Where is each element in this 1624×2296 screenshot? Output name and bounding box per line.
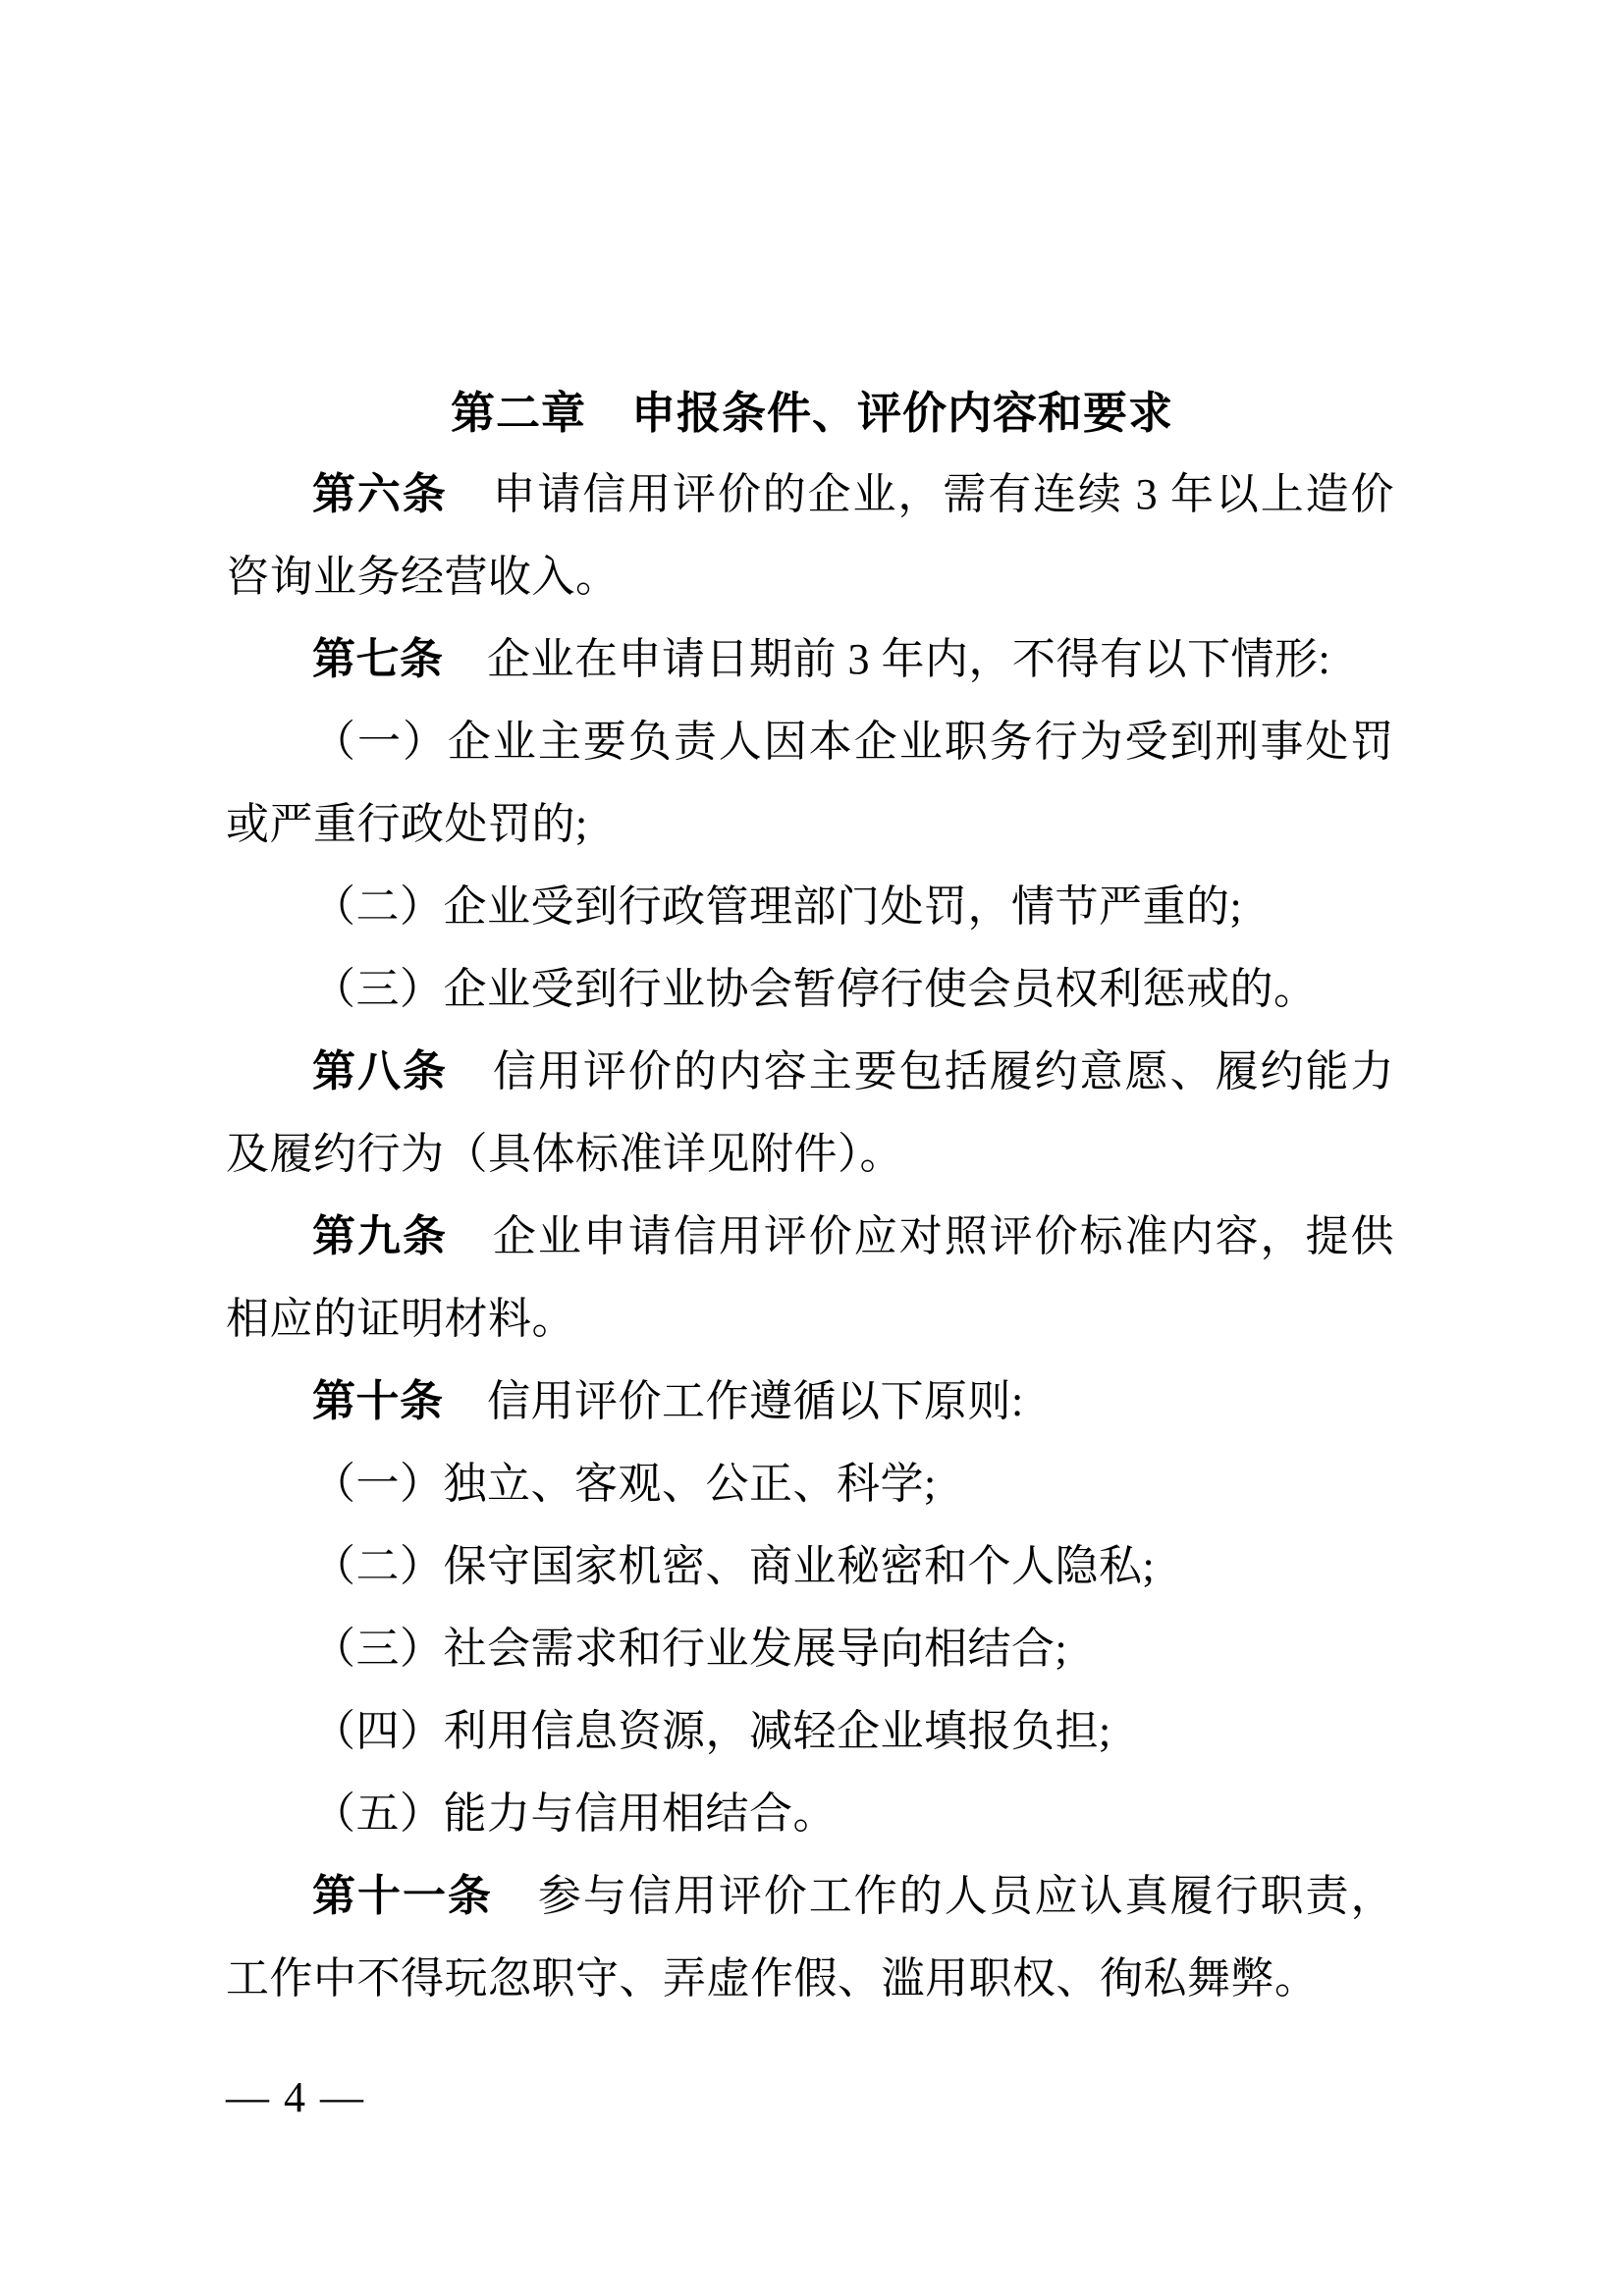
article-text: （二）企业受到行政管理部门处罚，情节严重的;	[312, 882, 1242, 931]
article-label: 第七条	[312, 635, 444, 683]
article-label: 第八条	[312, 1047, 448, 1095]
article-text: 企业在申请日期前 3 年内，不得有以下情形:	[444, 635, 1331, 683]
text-line: （一）企业主要负责人因本企业职务行为受到刑事处罚	[226, 701, 1394, 783]
text-line: 第十一条 参与信用评价工作的人员应认真履行职责，	[226, 1855, 1394, 1938]
article-text: （三）社会需求和行业发展导向相结合;	[312, 1625, 1067, 1673]
text-line: （四）利用信息资源，减轻企业填报负担;	[226, 1690, 1394, 1773]
paragraph-article-7: 第七条 企业在申请日期前 3 年内，不得有以下情形:	[226, 618, 1394, 701]
article-text: 申请信用评价的企业，需有连续 3 年以上造价	[448, 470, 1394, 518]
article-text: 工作中不得玩忽职守、弄虚作假、滥用职权、徇私舞弊。	[226, 1954, 1319, 2002]
text-line: （五）能力与信用相结合。	[226, 1773, 1394, 1855]
text-line: （三）社会需求和行业发展导向相结合;	[226, 1608, 1394, 1690]
text-line: 咨询业务经营收入。	[226, 536, 1394, 618]
text-line: 第六条 申请信用评价的企业，需有连续 3 年以上造价	[226, 454, 1394, 536]
text-line: 第十条 信用评价工作遵循以下原则:	[226, 1361, 1394, 1443]
article-text: （一）独立、客观、公正、科学;	[312, 1460, 937, 1508]
paragraph-article-7-item-1: （一）企业主要负责人因本企业职务行为受到刑事处罚或严重行政处罚的;	[226, 701, 1394, 866]
text-line: （二）企业受到行政管理部门处罚，情节严重的;	[226, 866, 1394, 948]
chapter-title: 第二章 申报条件、评价内容和要求	[0, 384, 1624, 443]
article-text: （四）利用信息资源，减轻企业填报负担;	[312, 1707, 1111, 1755]
article-label: 第九条	[312, 1212, 448, 1260]
paragraph-article-10: 第十条 信用评价工作遵循以下原则:	[226, 1361, 1394, 1443]
text-line: （一）独立、客观、公正、科学;	[226, 1443, 1394, 1525]
document-page: 第二章 申报条件、评价内容和要求 第六条 申请信用评价的企业，需有连续 3 年以…	[0, 0, 1624, 2296]
paragraph-article-8: 第八条 信用评价的内容主要包括履约意愿、履约能力及履约行为（具体标准详见附件）。	[226, 1031, 1394, 1196]
article-text: 或严重行政处罚的;	[226, 800, 588, 848]
text-line: 相应的证明材料。	[226, 1278, 1394, 1361]
article-text: 信用评价工作遵循以下原则:	[444, 1377, 1024, 1425]
article-text: 信用评价的内容主要包括履约意愿、履约能力	[448, 1047, 1394, 1095]
document-body: 第六条 申请信用评价的企业，需有连续 3 年以上造价咨询业务经营收入。第七条 企…	[226, 454, 1394, 2020]
article-text: 参与信用评价工作的人员应认真履行职责，	[493, 1872, 1394, 1920]
article-label: 第十一条	[312, 1872, 493, 1920]
paragraph-article-6: 第六条 申请信用评价的企业，需有连续 3 年以上造价咨询业务经营收入。	[226, 454, 1394, 618]
article-text: 及履约行为（具体标准详见附件）。	[226, 1130, 903, 1178]
text-line: 及履约行为（具体标准详见附件）。	[226, 1113, 1394, 1196]
paragraph-article-10-item-4: （四）利用信息资源，减轻企业填报负担;	[226, 1690, 1394, 1773]
text-line: 第九条 企业申请信用评价应对照评价标准内容，提供	[226, 1196, 1394, 1278]
paragraph-article-7-item-3: （三）企业受到行业协会暂停行使会员权利惩戒的。	[226, 948, 1394, 1031]
paragraph-article-10-item-5: （五）能力与信用相结合。	[226, 1773, 1394, 1855]
text-line: （三）企业受到行业协会暂停行使会员权利惩戒的。	[226, 948, 1394, 1031]
text-line: 或严重行政处罚的;	[226, 783, 1394, 866]
paragraph-article-9: 第九条 企业申请信用评价应对照评价标准内容，提供相应的证明材料。	[226, 1196, 1394, 1361]
paragraph-article-11: 第十一条 参与信用评价工作的人员应认真履行职责，工作中不得玩忽职守、弄虚作假、滥…	[226, 1855, 1394, 2020]
article-text: （一）企业主要负责人因本企业职务行为受到刑事处罚	[312, 718, 1394, 766]
article-text: （二）保守国家机密、商业秘密和个人隐私;	[312, 1542, 1155, 1590]
article-text: 相应的证明材料。	[226, 1295, 575, 1343]
text-line: 第八条 信用评价的内容主要包括履约意愿、履约能力	[226, 1031, 1394, 1113]
paragraph-article-10-item-2: （二）保守国家机密、商业秘密和个人隐私;	[226, 1525, 1394, 1608]
page-footer: — 4 —	[226, 2073, 365, 2122]
article-text: 企业申请信用评价应对照评价标准内容，提供	[448, 1212, 1394, 1260]
article-text: （三）企业受到行业协会暂停行使会员权利惩戒的。	[312, 965, 1318, 1013]
page-number: — 4 —	[226, 2073, 365, 2121]
paragraph-article-10-item-3: （三）社会需求和行业发展导向相结合;	[226, 1608, 1394, 1690]
text-line: 第七条 企业在申请日期前 3 年内，不得有以下情形:	[226, 618, 1394, 701]
article-label: 第六条	[312, 470, 448, 518]
text-line: （二）保守国家机密、商业秘密和个人隐私;	[226, 1525, 1394, 1608]
article-label: 第十条	[312, 1377, 444, 1425]
article-text: （五）能力与信用相结合。	[312, 1789, 837, 1838]
paragraph-article-7-item-2: （二）企业受到行政管理部门处罚，情节严重的;	[226, 866, 1394, 948]
text-line: 工作中不得玩忽职守、弄虚作假、滥用职权、徇私舞弊。	[226, 1938, 1394, 2020]
article-text: 咨询业务经营收入。	[226, 553, 620, 601]
paragraph-article-10-item-1: （一）独立、客观、公正、科学;	[226, 1443, 1394, 1525]
